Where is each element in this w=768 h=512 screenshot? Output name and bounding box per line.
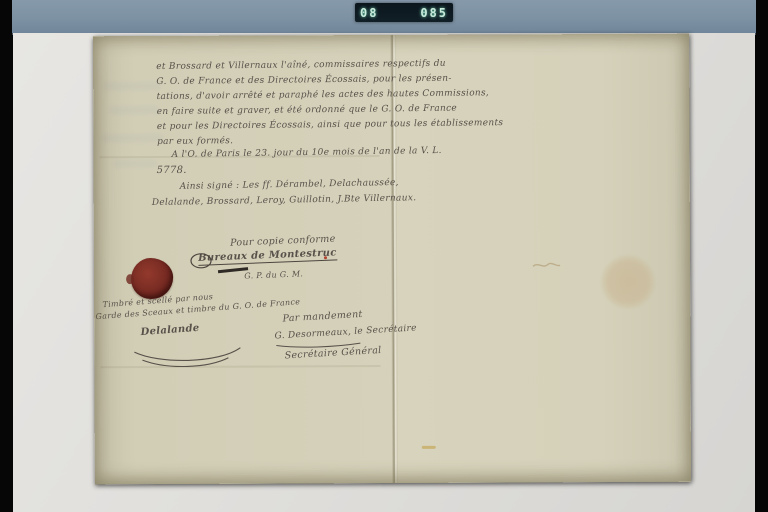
ink-bleed-ghost bbox=[103, 82, 161, 90]
red-speck bbox=[324, 256, 327, 259]
ink-bleed-ghost bbox=[109, 106, 159, 114]
ink-bleed-ghost bbox=[114, 160, 158, 167]
frame-counter-display: 08 085 bbox=[355, 3, 453, 22]
film-edge-left bbox=[0, 0, 13, 512]
manuscript-paper: et Brossard et Villernaux l'aîné, commis… bbox=[93, 34, 691, 485]
photographed-manuscript-frame: 08 085 et Brossard et Villernaux l'aîné,… bbox=[0, 0, 768, 512]
body-text-block: et Brossard et Villernaux l'aîné, commis… bbox=[156, 56, 503, 150]
counter-digits-right: 085 bbox=[420, 6, 448, 20]
header-band: 08 085 bbox=[12, 0, 756, 35]
round-stain bbox=[601, 255, 655, 309]
masonic-year: 5778. bbox=[157, 165, 187, 176]
counter-digits-left: 08 bbox=[360, 6, 378, 20]
ink-bleed-ghost bbox=[101, 134, 163, 142]
film-edge-right bbox=[755, 0, 768, 512]
small-scribble-stain bbox=[531, 258, 561, 272]
small-yellow-mark bbox=[422, 446, 436, 449]
